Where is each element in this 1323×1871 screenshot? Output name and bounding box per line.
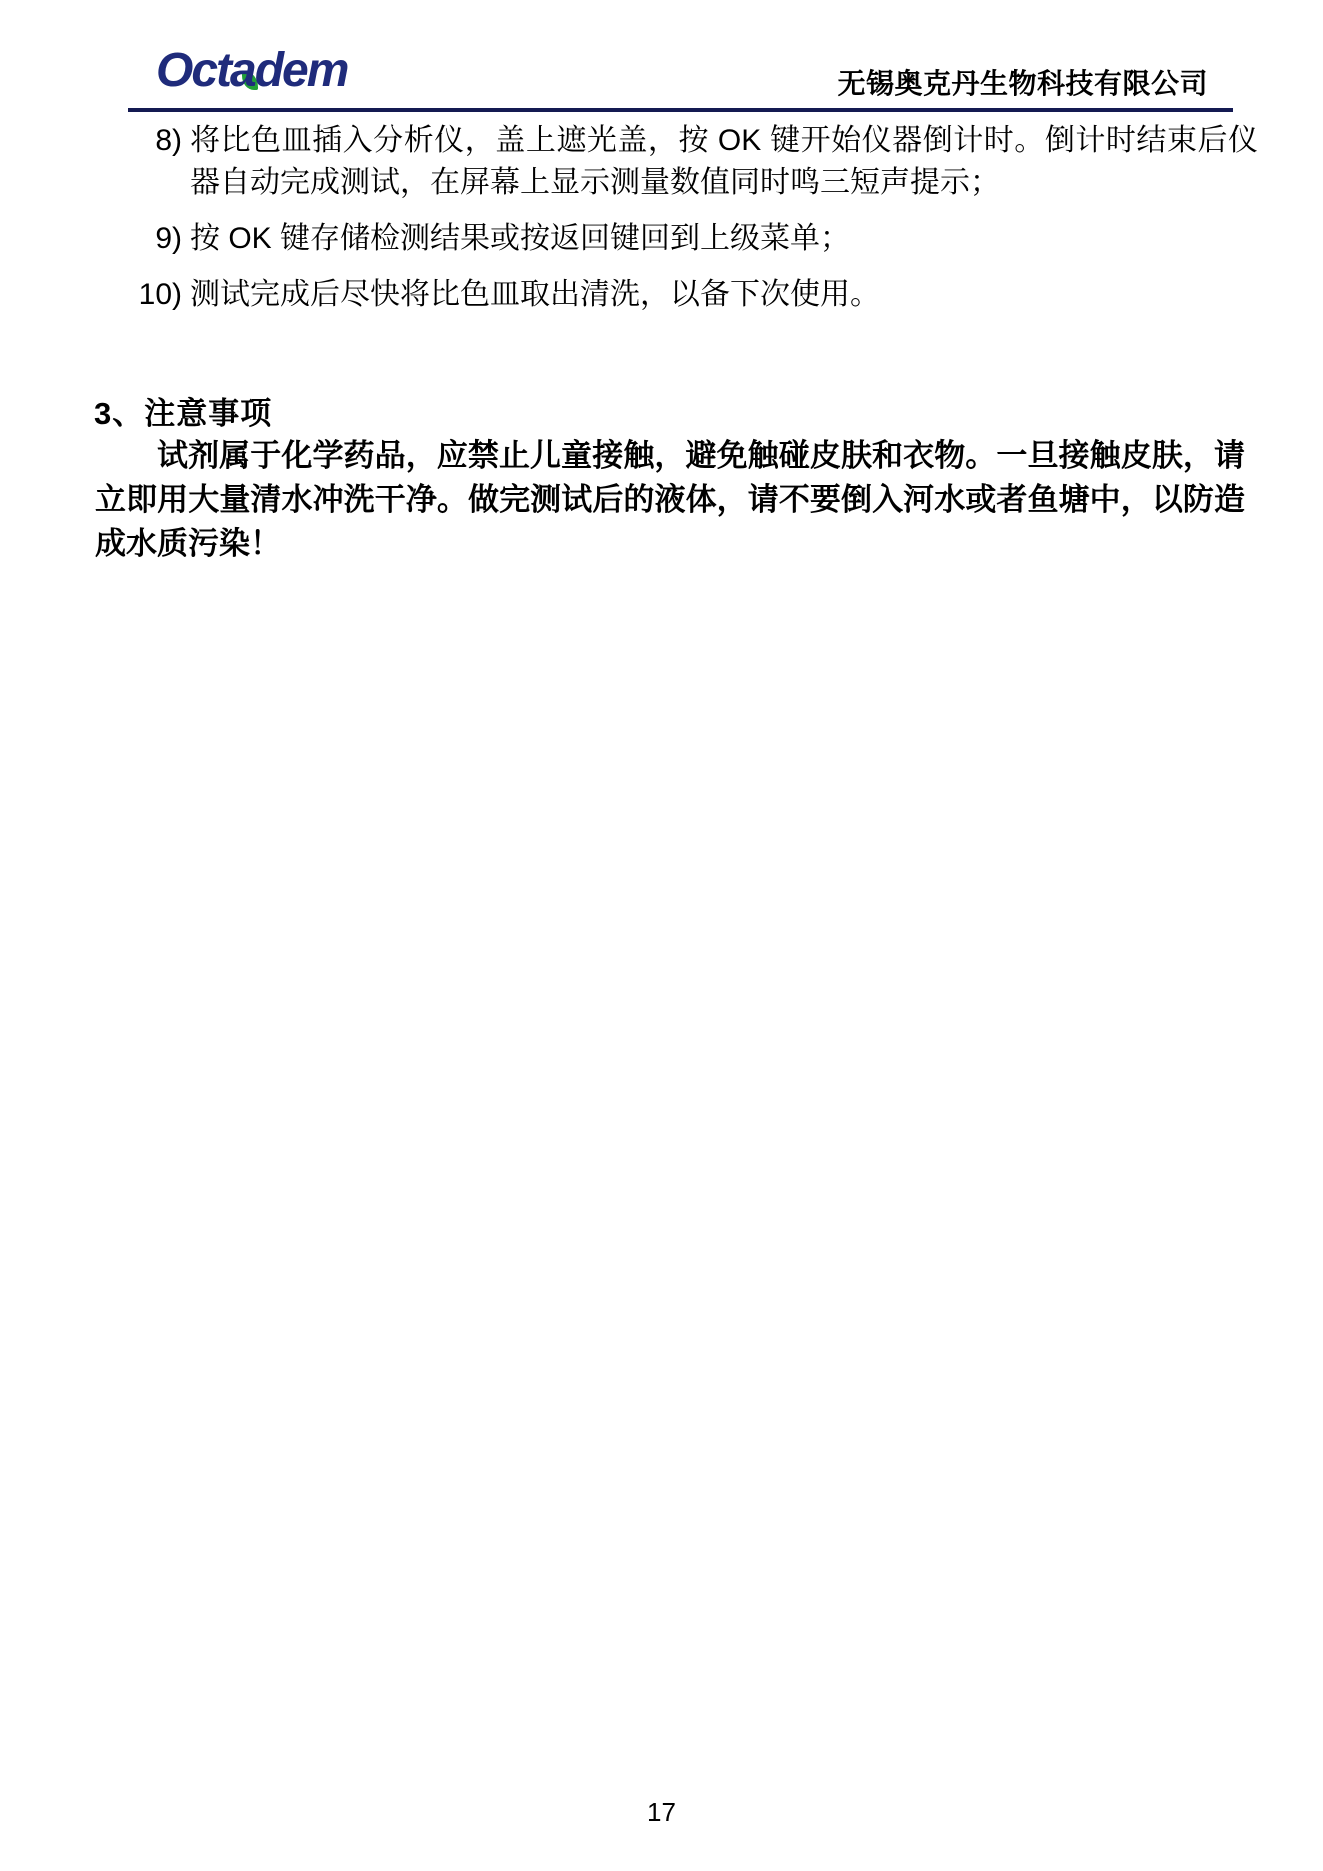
list-item: 9) 按 OK 键存储检测结果或按返回键回到上级菜单； bbox=[0, 218, 1258, 260]
procedure-list: 8) 将比色皿插入分析仪，盖上遮光盖，按 OK 键开始仪器倒计时。倒计时结束后仪… bbox=[0, 120, 1258, 330]
notice-paragraph: 试剂属于化学药品，应禁止儿童接触，避免触碰皮肤和衣物。一旦接触皮肤，请立即用大量… bbox=[95, 434, 1245, 566]
list-item-number: 9) bbox=[118, 218, 182, 260]
list-item-number: 10) bbox=[118, 274, 182, 316]
company-logo: Octadem bbox=[156, 42, 347, 100]
company-name: 无锡奥克丹生物科技有限公司 bbox=[837, 62, 1208, 102]
list-item-text: 测试完成后尽快将比色皿取出清洗，以备下次使用。 bbox=[190, 278, 880, 311]
list-item: 10) 测试完成后尽快将比色皿取出清洗，以备下次使用。 bbox=[0, 274, 1258, 316]
header-rule bbox=[128, 108, 1233, 112]
document-page: Octadem 无锡奥克丹生物科技有限公司 8) 将比色皿插入分析仪，盖上遮光盖… bbox=[0, 0, 1323, 1871]
page-number: 17 bbox=[0, 1797, 1323, 1828]
list-item-text: 按 OK 键存储检测结果或按返回键回到上级菜单； bbox=[190, 222, 850, 255]
logo-text: Octadem bbox=[156, 44, 347, 97]
list-item-text: 将比色皿插入分析仪，盖上遮光盖，按 OK 键开始仪器倒计时。倒计时结束后仪器自动… bbox=[190, 124, 1258, 199]
list-item-number: 8) bbox=[118, 120, 182, 162]
section-heading: 3、注意事项 bbox=[94, 388, 272, 433]
list-item: 8) 将比色皿插入分析仪，盖上遮光盖，按 OK 键开始仪器倒计时。倒计时结束后仪… bbox=[0, 120, 1258, 204]
